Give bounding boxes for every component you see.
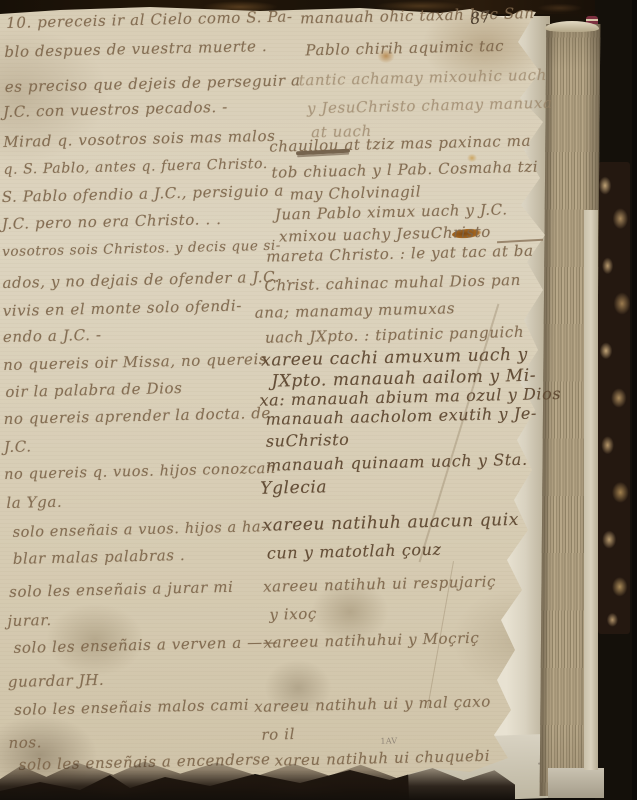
manuscript-line: S. Pablo ofendio a J.C., persiguio a — [2, 184, 285, 205]
manuscript-line: la Yga. — [6, 495, 62, 511]
manuscript-line: Pablo chirih aquimic tac — [305, 39, 504, 59]
manuscript-line: no quereis aprender la docta. de — [3, 406, 271, 427]
manuscript-line: manauah aacholom exutih y Je- — [265, 406, 537, 428]
manuscript-line: solo enseñais a vuos. hijos a ha- — [12, 520, 266, 540]
manuscript-line: xareeu natihuh ui respujariç — [263, 574, 496, 594]
manuscript-line: 10. pereceis ir al Cielo como S. Pa- — [6, 9, 293, 30]
manuscript-line: vosotros sois Christos. y decis que si- — [2, 240, 281, 260]
manuscript-line: blar malas palabras . — [13, 548, 186, 567]
manuscript-line: manauah ohic taxah hec San — [300, 6, 535, 26]
manuscript-line: ados, y no dejais de ofender a J.C. . — [2, 269, 291, 291]
manuscript-line: solo les enseñais malos cami — [14, 698, 249, 718]
manuscript-line: jurar. — [7, 613, 52, 629]
manuscript-line: oir la palabra de Dios — [5, 381, 182, 400]
manuscript-line: Christ. cahinac muhal Dios pan — [264, 273, 521, 294]
manuscript-line: may Cholvinagil — [290, 184, 422, 202]
text-layer: 10. pereceis ir al Cielo como S. Pa-blo … — [0, 0, 567, 800]
manuscript-line: chauilou at tziz mas paxinac ma — [269, 134, 531, 155]
marbled-cover-paper — [598, 162, 630, 634]
manuscript-line: J.C. con vuestros pecados. - — [3, 100, 228, 120]
manuscript-photo: 10. pereceis ir al Cielo como S. Pa-blo … — [0, 0, 637, 800]
manuscript-line: nos. — [8, 735, 42, 751]
manuscript-line: no quereis q. vuos. hijos conozcan — [4, 462, 276, 483]
manuscript-line: J.C. — [4, 439, 32, 455]
manuscript-line: 1AV — [380, 737, 397, 745]
manuscript-line: Mirad q. vosotros sois mas malos — [3, 129, 276, 150]
manuscript-line: y ixoç — [269, 607, 317, 623]
manuscript-line: xareeu natihuh auacun quix — [262, 512, 519, 535]
manuscript-line: xareeu natihuhui y Moçriç — [263, 631, 479, 651]
manuscript-line: cun y matotlah çouz — [267, 542, 442, 562]
cover-board-edge — [632, 0, 637, 800]
manuscript-line: J.C. pero no era Christo. . . — [2, 212, 222, 232]
manuscript-line: mareta Christo. : le yat tac at ba — [266, 244, 534, 265]
manuscript-line: blo despues de vuestra muerte . — [4, 39, 267, 60]
manuscript-line: Yglecia — [260, 479, 327, 498]
manuscript-line: tob chiuach y l Pab. Cosmaha tzi — [271, 160, 538, 181]
manuscript-line: uach JXpto. : tipatinic panguich — [265, 325, 525, 346]
manuscript-line: ana; manamay mumuxas — [255, 301, 456, 321]
manuscript-line: solo les enseñais a jurar mi — [9, 580, 234, 600]
manuscript-line: endo a J.C. - — [3, 328, 102, 345]
book-cover-right — [595, 0, 637, 800]
manuscript-line: es preciso que dejeis de perseguir a — [5, 73, 301, 95]
manuscript-line: xareeu natihuh ui y mal çaxo — [254, 694, 491, 714]
flyleaf-edge — [584, 210, 598, 770]
manuscript-line: manauah quinaam uach y Sta. — [266, 452, 528, 474]
manuscript-line: Juan Pablo ximux uach y J.C. — [275, 202, 508, 222]
manuscript-line: ro il — [261, 727, 295, 743]
manuscript-line: solo les enseñais a verven a —— — [13, 635, 278, 656]
manuscript-line: no quereis oir Missa, no quereis — [3, 352, 267, 373]
manuscript-line: q. S. Pablo, antes q. fuera Christo. — [3, 157, 268, 177]
manuscript-line: xareu natihuh ui chuquebi — [274, 749, 490, 769]
manuscript-line: guardar JH. — [8, 673, 105, 690]
folio-number: 87 — [469, 7, 492, 29]
manuscript-line: xmixou uachy JesuChristo — [279, 225, 491, 245]
manuscript-line: tantic achamay mixouhic uach — [299, 68, 548, 89]
manuscript-line: y JesuChristo chamay manuxa — [307, 96, 553, 117]
manuscript-line: vivis en el monte solo ofendi- — [3, 299, 243, 319]
manuscript-line: suChristo — [266, 432, 350, 450]
